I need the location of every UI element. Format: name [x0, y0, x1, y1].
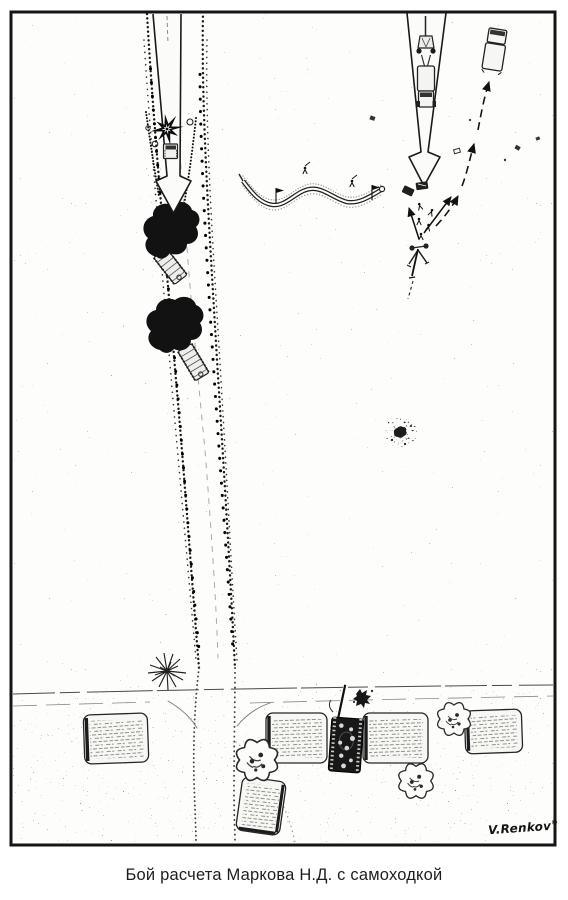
- village-building-2: [235, 776, 286, 836]
- village-building-1: [83, 713, 149, 764]
- battle-map-illustration: [0, 0, 568, 856]
- village-building-5: [464, 709, 522, 754]
- book-page: V.Renkov© Бой расчета Маркова Н.Д. с сам…: [0, 0, 568, 900]
- shell-crater: [385, 416, 417, 448]
- hit-vehicle: [164, 144, 178, 159]
- village-building-4: [363, 713, 428, 763]
- figure-caption: Бой расчета Маркова Н.Д. с самоходкой: [0, 866, 568, 885]
- artist-signature-mark: ©: [551, 818, 559, 826]
